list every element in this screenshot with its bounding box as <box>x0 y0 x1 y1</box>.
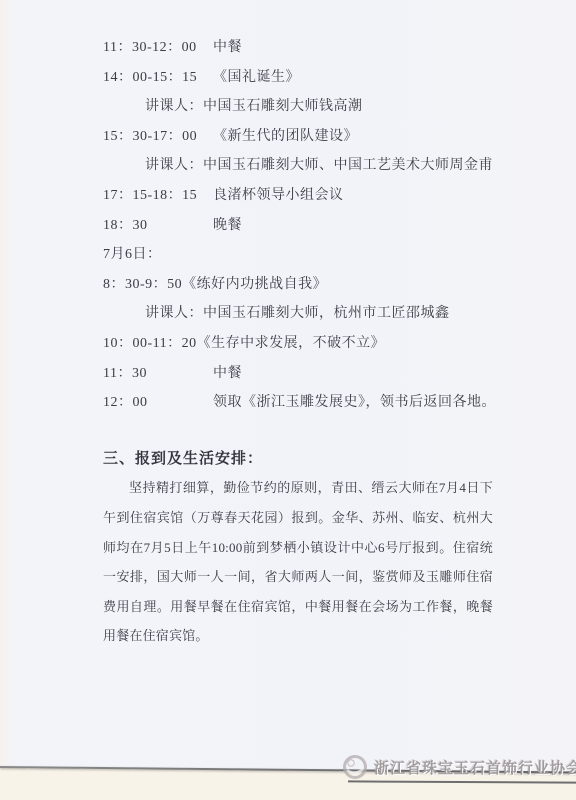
schedule-speaker-row: 讲课人：中国玉石雕刻大师钱高潮 <box>103 92 493 122</box>
schedule-time: 11：30 <box>103 359 213 389</box>
schedule-speaker-row: 讲课人：中国玉石雕刻大师，杭州市工匠邵城鑫 <box>103 299 493 329</box>
schedule-date-row: 7月6日： <box>103 240 493 270</box>
schedule-label: 《生存中求发展，不破不立》 <box>197 336 386 351</box>
schedule-row: 12：00领取《浙江玉雕发展史》，领书后返回各地。 <box>103 388 493 418</box>
schedule-row: 11：30中餐 <box>103 359 493 389</box>
schedule-row: 11：30-12：00中餐 <box>103 33 493 63</box>
schedule-label: 中餐 <box>213 366 242 381</box>
schedule-speaker-row: 讲课人：中国玉石雕刻大师、中国工艺美术大师周金甫 <box>103 151 493 181</box>
schedule-time: 8：30-9：50 <box>103 277 182 292</box>
schedule-label: 良渚杯领导小组会议 <box>213 188 344 203</box>
schedule-time: 10：00-11：20 <box>103 336 197 351</box>
schedule-label: 晚餐 <box>213 218 242 233</box>
schedule-time: 15：30-17：00 <box>103 122 213 152</box>
schedule-time: 18：30 <box>103 211 213 241</box>
schedule-time: 14：00-15：15 <box>103 63 213 93</box>
watermark-footer: 浙江省珠宝玉石首饰行业协会 <box>342 754 576 780</box>
date-label: 7月6日： <box>103 247 162 262</box>
schedule-row: 17：15-18：15良渚杯领导小组会议 <box>103 181 493 211</box>
schedule-label: 中餐 <box>213 40 242 55</box>
schedule-row: 10：00-11：20《生存中求发展，不破不立》 <box>103 329 493 359</box>
footer-underline <box>348 780 576 783</box>
speaker-label: 讲课人：中国玉石雕刻大师，杭州市工匠邵城鑫 <box>145 306 450 321</box>
schedule-label: 《新生代的团队建设》 <box>213 129 358 144</box>
schedule-time: 11：30-12：00 <box>103 33 213 63</box>
schedule-row: 8：30-9：50《练好内功挑战自我》 <box>103 270 493 300</box>
schedule-row: 14：00-15：15《国礼诞生》 <box>103 63 493 93</box>
arrangements-paragraph: 坚持精打细算，勤俭节约的原则，青田、缙云大师在7月4日下午到住宿宾馆（万尊春天花… <box>103 473 493 651</box>
schedule-time: 17：15-18：15 <box>103 181 213 211</box>
schedule-time: 12：00 <box>103 388 213 418</box>
schedule-row: 18：30晚餐 <box>103 211 493 241</box>
schedule-row: 15：30-17：00《新生代的团队建设》 <box>103 122 493 152</box>
schedule-label: 《练好内功挑战自我》 <box>182 277 327 292</box>
speaker-label: 讲课人：中国玉石雕刻大师钱高潮 <box>145 99 363 114</box>
schedule-label: 《国礼诞生》 <box>213 70 300 85</box>
schedule-label: 领取《浙江玉雕发展史》，领书后返回各地。 <box>213 395 496 410</box>
section-heading: 三、报到及生活安排： <box>103 444 493 474</box>
document-content: 11：30-12：00中餐 14：00-15：15《国礼诞生》 讲课人：中国玉石… <box>0 0 576 651</box>
association-logo-icon <box>342 754 368 780</box>
association-name: 浙江省珠宝玉石首饰行业协会 <box>374 757 576 778</box>
speaker-label: 讲课人：中国玉石雕刻大师、中国工艺美术大师周金甫 <box>145 158 493 173</box>
